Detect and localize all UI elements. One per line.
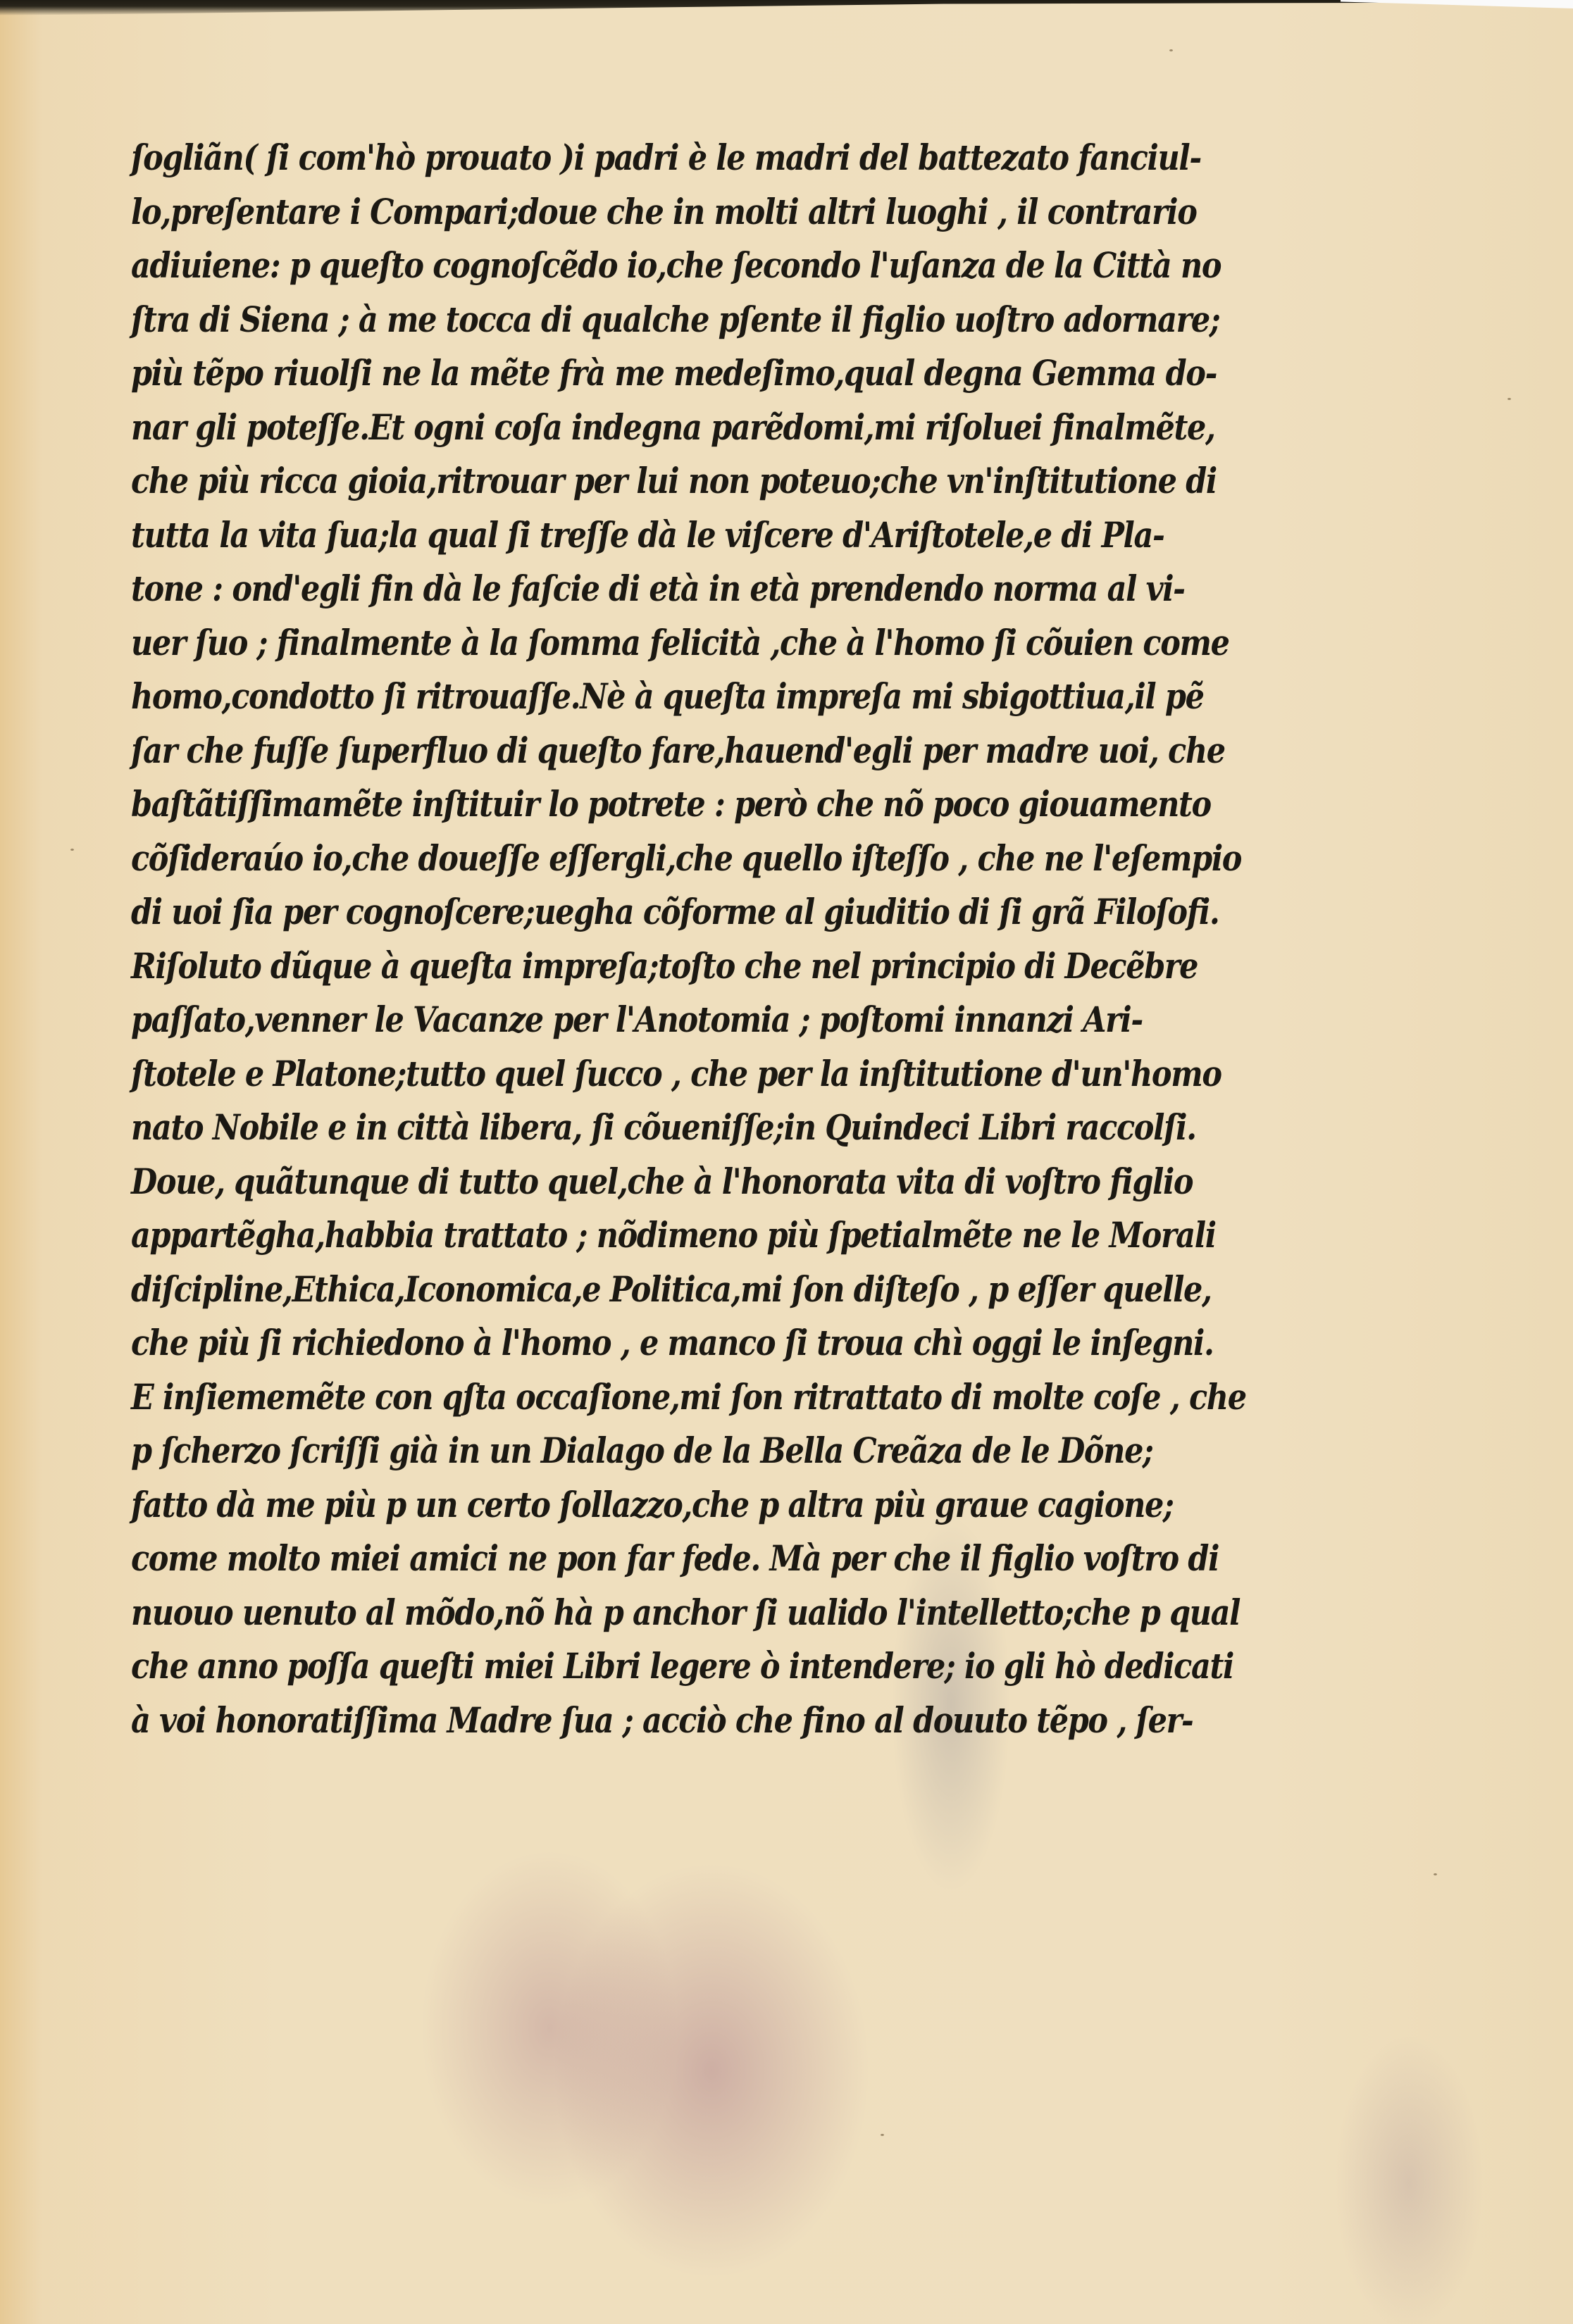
body-text: ſogliãn( ſi com'hò prouato )i padri è le…: [131, 131, 1329, 1747]
text-line: Riſoluto dũque à queſta impreſa;toſto ch…: [131, 939, 1161, 994]
text-line: E inſiememẽte con qſta occaſione,mi ſon …: [131, 1370, 1161, 1425]
text-line: come molto miei amici ne pon far fede. M…: [131, 1532, 1161, 1586]
paper-speck: [1507, 398, 1511, 400]
text-line: che più ſi richiedono à l'homo , e manco…: [131, 1316, 1161, 1370]
paper-speck: [70, 849, 74, 851]
scan-border: [1341, 0, 1573, 8]
text-line: à voi honoratiſſima Madre ſua ; acciò ch…: [131, 1694, 1161, 1748]
text-line: ſtotele e Platone;tutto quel ſucco , che…: [131, 1047, 1161, 1101]
page-top-shadow: [0, 0, 1573, 15]
text-line: ſar che fuſſe ſuperfluo di queſto fare,h…: [131, 724, 1161, 778]
text-line: più tẽpo riuolſi ne la mẽte frà me medeſ…: [131, 346, 1161, 401]
text-line: cõſideraúo io,che doueſſe eſſergli,che q…: [131, 832, 1161, 886]
text-line: nato Nobile e in città libera, ſi cõueni…: [131, 1101, 1161, 1155]
text-line: tone : ond'egli fin dà le faſcie di età …: [131, 562, 1161, 616]
text-line: nuouo uenuto al mõdo,nõ hà p anchor ſi u…: [131, 1586, 1161, 1640]
paper-speck: [881, 2134, 884, 2136]
text-line: fatto dà me più p un certo ſollazzo,che …: [131, 1478, 1161, 1532]
text-line: ſogliãn( ſi com'hò prouato )i padri è le…: [131, 131, 1161, 185]
text-line: paſſato,venner le Vacanze per l'Anotomia…: [131, 993, 1161, 1047]
parchment-page: ſogliãn( ſi com'hò prouato )i padri è le…: [0, 0, 1573, 2324]
text-line: che più ricca gioia,ritrouar per lui non…: [131, 454, 1161, 508]
text-line: appartẽgha,habbia trattato ; nõdimeno pi…: [131, 1208, 1161, 1263]
text-line: che anno poſſa queſti miei Libri legere …: [131, 1639, 1161, 1694]
text-line: di uoi ſia per cognoſcere;uegha cõforme …: [131, 885, 1161, 939]
text-line: homo,condotto ſi ritrouaſſe.Nè à queſta …: [131, 670, 1161, 724]
text-line: p ſcherzo ſcriſſi già in un Dialago de l…: [131, 1424, 1161, 1478]
text-line: uer ſuo ; finalmente à la ſomma felicità…: [131, 616, 1161, 670]
text-line: lo,preſentare i Compari;doue che in molt…: [131, 185, 1161, 239]
text-line: nar gli poteſſe.Et ogni coſa indegna par…: [131, 401, 1161, 455]
text-line: adiuiene: p queſto cognoſcẽdo io,che ſec…: [131, 239, 1161, 293]
text-line: diſcipline,Ethica,Iconomica,e Politica,m…: [131, 1263, 1161, 1317]
text-line: baſtãtiſſimamẽte inſtituir lo potrete : …: [131, 777, 1161, 832]
text-line: Doue, quãtunque di tutto quel,che à l'ho…: [131, 1155, 1161, 1209]
paper-speck: [1434, 1873, 1437, 1875]
paper-speck: [1169, 49, 1173, 51]
text-line: tutta la vita ſua;la qual ſi treſſe dà l…: [131, 508, 1161, 563]
text-line: ſtra di Siena ; à me tocca di qualche pſ…: [131, 293, 1161, 347]
